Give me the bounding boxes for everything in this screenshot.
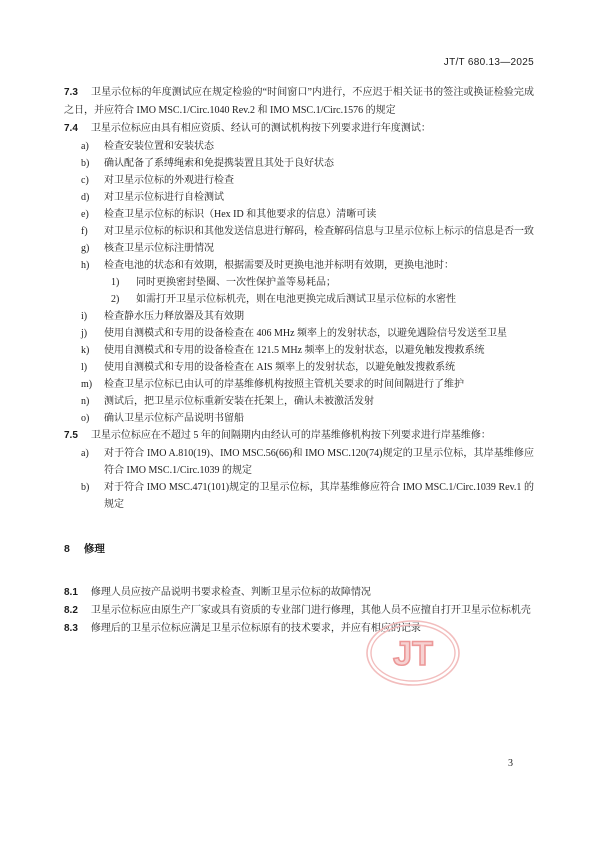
- clause-text: 卫星示位标应由原生产厂家或具有资质的专业部门进行修理，其他人员不应擅自打开卫星示…: [91, 605, 531, 616]
- list-item: l)使用自测模式和专用的设备检查在 AIS 频率上的发射状态，以避免触发搜救系统: [64, 359, 534, 376]
- list-item: e)检查卫星示位标的标识（Hex ID 和其他要求的信息）清晰可读: [64, 206, 534, 223]
- jt-seal-watermark: JT: [365, 618, 461, 688]
- item-label: o): [64, 410, 104, 427]
- seal-jt-text: JT: [393, 635, 433, 673]
- list-item: g)核查卫星示位标注册情况: [64, 240, 534, 257]
- list-item: c)对卫星示位标的外观进行检查: [64, 172, 534, 189]
- list-item: d)对卫星示位标进行自检测试: [64, 189, 534, 206]
- sub-list-item: 2)如需打开卫星示位标机壳，则在电池更换完成后测试卫星示位标的水密性: [64, 291, 534, 308]
- item-label: a): [64, 445, 104, 479]
- item-label: f): [64, 223, 104, 240]
- item-label: m): [64, 376, 104, 393]
- item-label: 2): [64, 291, 136, 308]
- section-8-heading: 8修理: [64, 541, 534, 556]
- item-text: 使用自测模式和专用的设备检查在 406 MHz 频率上的发射状态，以避免遇险信号…: [104, 325, 534, 342]
- item-label: e): [64, 206, 104, 223]
- clause-7-4-list: a)检查安装位置和安装状态 b)确认配备了系缚绳索和免提携装置且其处于良好状态 …: [64, 138, 534, 427]
- doc-number-header: JT/T 680.13—2025: [64, 57, 534, 69]
- item-text: 如需打开卫星示位标机壳，则在电池更换完成后测试卫星示位标的水密性: [136, 291, 534, 308]
- clause-7-4-lead: 7.4卫星示位标应由具有相应资质、经认可的测试机构按下列要求进行年度测试：: [64, 120, 534, 138]
- item-text: 确认配备了系缚绳索和免提携装置且其处于良好状态: [104, 155, 534, 172]
- clause-number: 7.4: [64, 123, 91, 134]
- item-text: 确认卫星示位标产品说明书留船: [104, 410, 534, 427]
- clause-number: 8.3: [64, 623, 91, 634]
- item-label: n): [64, 393, 104, 410]
- sub-list-item: 1)同时更换密封垫圈、一次性保护盖等易耗品；: [64, 274, 534, 291]
- item-text: 检查静水压力释放器及其有效期: [104, 308, 534, 325]
- list-item: o)确认卫星示位标产品说明书留船: [64, 410, 534, 427]
- item-label: g): [64, 240, 104, 257]
- item-text: 检查卫星示位标的标识（Hex ID 和其他要求的信息）清晰可读: [104, 206, 534, 223]
- list-item: h)检查电池的状态和有效期，根据需要及时更换电池并标明有效期，更换电池时：: [64, 257, 534, 274]
- list-item: i)检查静水压力释放器及其有效期: [64, 308, 534, 325]
- item-label: i): [64, 308, 104, 325]
- item-label: d): [64, 189, 104, 206]
- item-text: 对卫星示位标的标识和其他发送信息进行解码，检查解码信息与卫星示位标上标示的信息是…: [104, 223, 534, 240]
- item-label: b): [64, 479, 104, 513]
- list-item: b)确认配备了系缚绳索和免提携装置且其处于良好状态: [64, 155, 534, 172]
- clause-7-5-list: a)对于符合 IMO A.810(19)、IMO MSC.56(66)和 IMO…: [64, 445, 534, 513]
- item-label: 1): [64, 274, 136, 291]
- document-page: JT/T 680.13—2025 7.3卫星示位标的年度测试应在规定检验的“时间…: [0, 0, 596, 842]
- item-text: 检查安装位置和安装状态: [104, 138, 534, 155]
- item-text: 对于符合 IMO MSC.471(101)规定的卫星示位标，其岸基维修应符合 I…: [104, 479, 534, 513]
- item-text: 对卫星示位标进行自检测试: [104, 189, 534, 206]
- clause-number: 7.3: [64, 87, 91, 98]
- item-text: 同时更换密封垫圈、一次性保护盖等易耗品；: [136, 274, 534, 291]
- clause-text: 卫星示位标应由具有相应资质、经认可的测试机构按下列要求进行年度测试：: [91, 123, 431, 134]
- section-title: 修理: [84, 543, 105, 555]
- item-text: 测试后，把卫星示位标重新安装在托架上，确认未被激活发射: [104, 393, 534, 410]
- clause-7-3: 7.3卫星示位标的年度测试应在规定检验的“时间窗口”内进行，不应迟于相关证书的签…: [64, 84, 534, 120]
- item-text: 使用自测模式和专用的设备检查在 AIS 频率上的发射状态，以避免触发搜救系统: [104, 359, 534, 376]
- list-item: k)使用自测模式和专用的设备检查在 121.5 MHz 频率上的发射状态，以避免…: [64, 342, 534, 359]
- item-text: 使用自测模式和专用的设备检查在 121.5 MHz 频率上的发射状态，以避免触发…: [104, 342, 534, 359]
- item-label: h): [64, 257, 104, 274]
- clause-8-1: 8.1修理人员应按产品说明书要求检查、判断卫星示位标的故障情况: [64, 584, 534, 602]
- clause-7-5-lead: 7.5卫星示位标应在不超过 5 年的间隔期内由经认可的岸基维修机构按下列要求进行…: [64, 427, 534, 445]
- clause-8-3: 8.3修理后的卫星示位标应满足卫星示位标原有的技术要求，并应有相应的记录: [64, 620, 534, 638]
- clause-text: 修理人员应按产品说明书要求检查、判断卫星示位标的故障情况: [91, 587, 371, 598]
- item-label: a): [64, 138, 104, 155]
- item-text: 核查卫星示位标注册情况: [104, 240, 534, 257]
- item-label: c): [64, 172, 104, 189]
- item-text: 对于符合 IMO A.810(19)、IMO MSC.56(66)和 IMO M…: [104, 445, 534, 479]
- clause-8-2: 8.2卫星示位标应由原生产厂家或具有资质的专业部门进行修理，其他人员不应擅自打开…: [64, 602, 534, 620]
- section-number: 8: [64, 543, 84, 555]
- clause-number: 8.1: [64, 587, 91, 598]
- item-label: j): [64, 325, 104, 342]
- list-item: m)检查卫星示位标已由认可的岸基维修机构按照主管机关要求的时间间隔进行了维护: [64, 376, 534, 393]
- item-label: k): [64, 342, 104, 359]
- list-item: a)检查安装位置和安装状态: [64, 138, 534, 155]
- item-text: 对卫星示位标的外观进行检查: [104, 172, 534, 189]
- clause-text: 卫星示位标的年度测试应在规定检验的“时间窗口”内进行，不应迟于相关证书的签注或换…: [64, 87, 534, 116]
- clause-number: 8.2: [64, 605, 91, 616]
- list-item: j)使用自测模式和专用的设备检查在 406 MHz 频率上的发射状态，以避免遇险…: [64, 325, 534, 342]
- list-item: b)对于符合 IMO MSC.471(101)规定的卫星示位标，其岸基维修应符合…: [64, 479, 534, 513]
- page-content: 7.3卫星示位标的年度测试应在规定检验的“时间窗口”内进行，不应迟于相关证书的签…: [64, 84, 534, 638]
- list-item: n)测试后，把卫星示位标重新安装在托架上，确认未被激活发射: [64, 393, 534, 410]
- item-text: 检查电池的状态和有效期，根据需要及时更换电池并标明有效期，更换电池时：: [104, 257, 534, 274]
- list-item: f)对卫星示位标的标识和其他发送信息进行解码，检查解码信息与卫星示位标上标示的信…: [64, 223, 534, 240]
- clause-text: 卫星示位标应在不超过 5 年的间隔期内由经认可的岸基维修机构按下列要求进行岸基维…: [91, 430, 491, 441]
- item-label: b): [64, 155, 104, 172]
- item-text: 检查卫星示位标已由认可的岸基维修机构按照主管机关要求的时间间隔进行了维护: [104, 376, 534, 393]
- item-label: l): [64, 359, 104, 376]
- page-number: 3: [508, 758, 513, 769]
- list-item: a)对于符合 IMO A.810(19)、IMO MSC.56(66)和 IMO…: [64, 445, 534, 479]
- clause-number: 7.5: [64, 430, 91, 441]
